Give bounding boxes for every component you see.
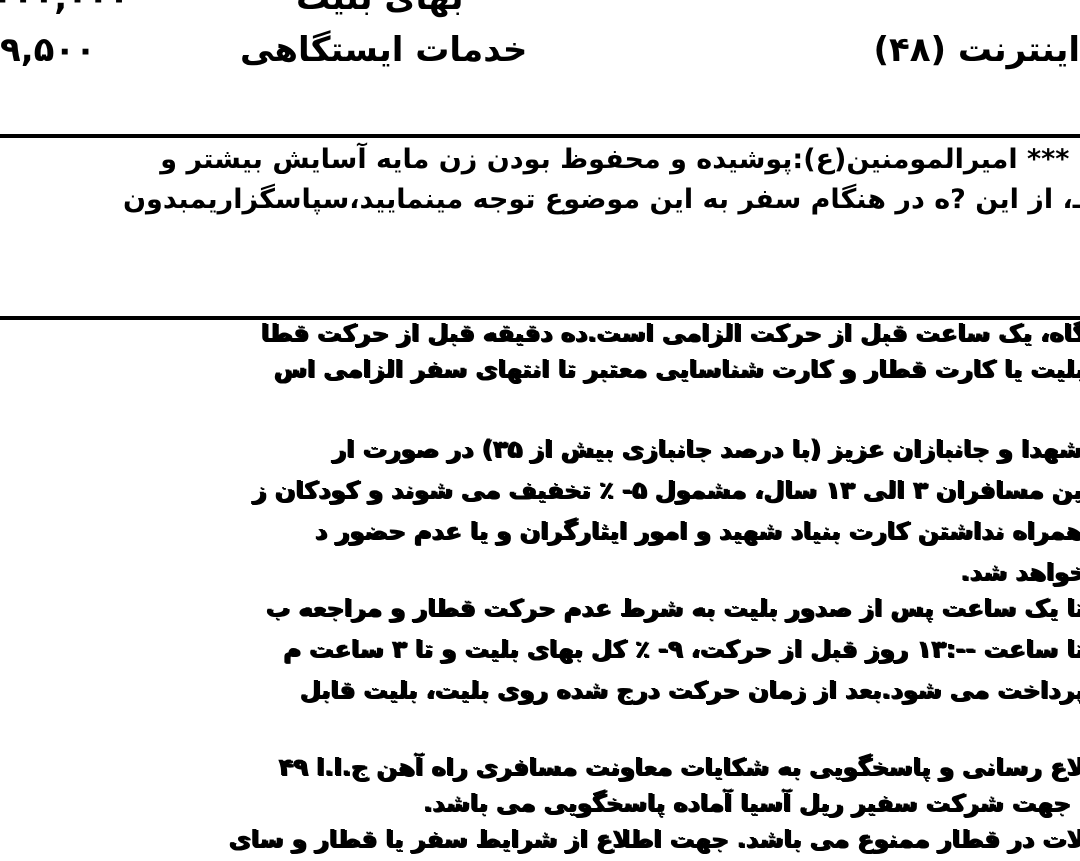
terms-line: گاه، یک ساعت قبل از حرکت الزامی است.ده د… xyxy=(260,316,1080,351)
terms-line: لاع رسانی و پاسخگویی به شکایات معاونت مس… xyxy=(278,750,1080,785)
terms-line: تا یک ساعت پس از صدور بلیت به شرط عدم حر… xyxy=(265,591,1080,626)
ticket-price-label: بهای بلیت xyxy=(296,0,464,18)
internet-fee-label: اینترنت (۴۸) xyxy=(873,30,1080,70)
terms-line: جهت شرکت سفیر ریل آسیا آماده پاسخگویی می… xyxy=(423,786,1070,821)
quote-line-1: - *** امیرالمومنین(ع):پوشیده و محفوظ بود… xyxy=(160,140,1080,180)
terms-line: تا ساعت --:۱۳ روز قبل از حرکت، ۹- ٪ کل ب… xyxy=(283,632,1080,667)
ticket-price-amount: ۰۰۰,۰۰۰ xyxy=(0,0,129,18)
station-services-amount: ۹,۵۰۰ xyxy=(0,30,96,70)
quote-line-2: ـ، از این ?ه در هنگام سفر به این موضوع ت… xyxy=(123,180,1080,220)
terms-line: شهدا و جانبازان عزیز (با درصد جانبازی بی… xyxy=(332,432,1080,467)
terms-line: خواهد شد. xyxy=(960,555,1080,590)
terms-line: لات در قطار ممنوع می باشد. جهت اطلاع از … xyxy=(228,822,1080,857)
divider-top xyxy=(0,134,1080,138)
terms-line: همراه نداشتن کارت بنیاد شهید و امور ایثا… xyxy=(314,514,1080,549)
terms-line: بلیت یا کارت قطار و کارت شناسایی معتبر ت… xyxy=(273,352,1080,387)
station-services-label: خدمات ایستگاهی xyxy=(240,30,527,70)
terms-line: پرداخت می شود.بعد از زمان حرکت درج شده ر… xyxy=(299,673,1080,708)
terms-line: ین مسافران ۳ الی ۱۳ سال، مشمول ۵- ٪ تخفی… xyxy=(252,473,1080,508)
